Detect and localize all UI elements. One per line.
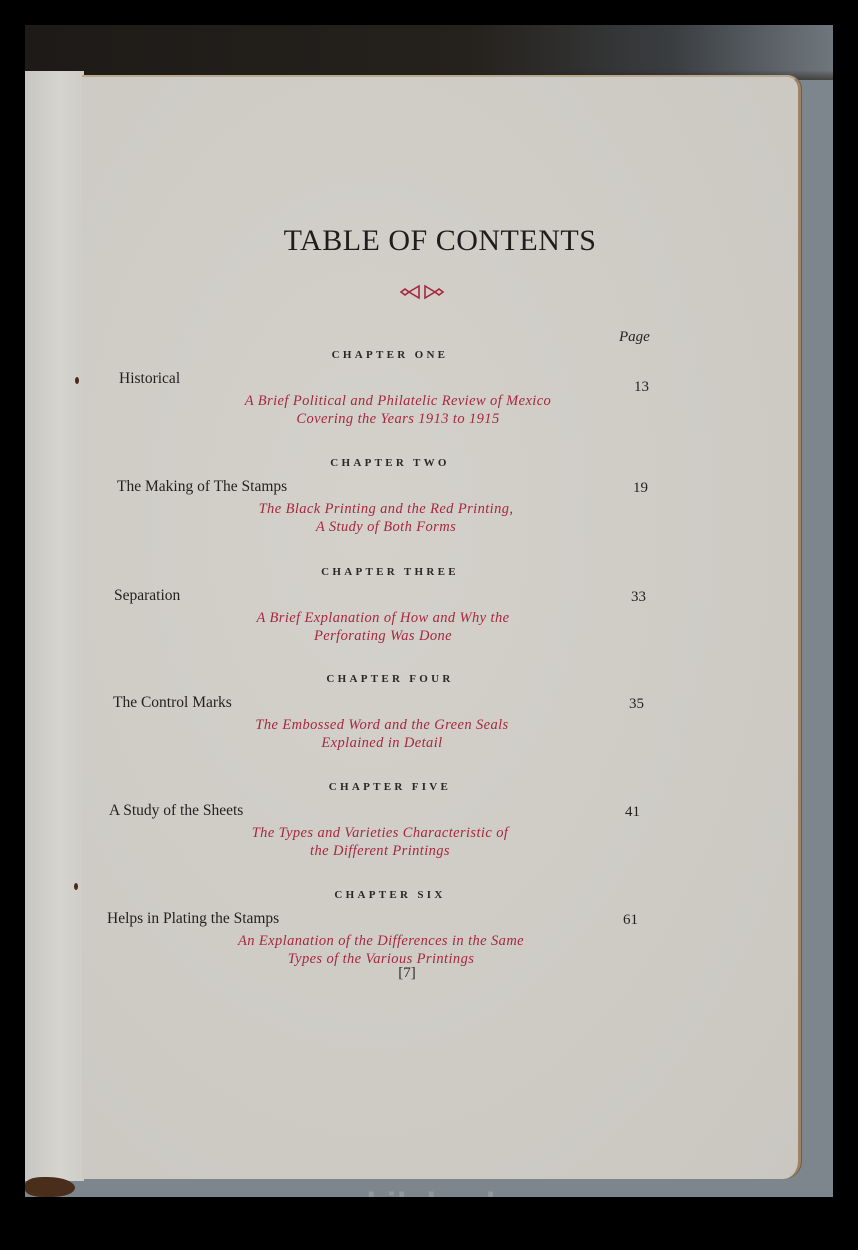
chapter-heading: CHAPTER FOUR [70,673,710,685]
subtitle-line: An Explanation of the Differences in the… [25,932,739,950]
subtitle-line: Perforating Was Done [25,627,741,645]
chapter-page-number: 35 [629,696,644,713]
chapter-title: A Study of the Sheets [109,802,243,820]
chapter-title: Helps in Plating the Stamps [107,910,279,928]
chapter-heading: CHAPTER THREE [70,566,710,578]
chapter-page-number: 33 [631,589,646,606]
page-title: TABLE OF CONTENTS [82,224,798,258]
chapter-heading: CHAPTER FIVE [70,781,710,793]
chapter-title: Separation [114,587,180,605]
chapter-page-number: 61 [623,912,638,929]
chapter-title: The Control Marks [113,694,232,712]
top-shadow [25,25,833,80]
chapter-heading: CHAPTER SIX [70,889,710,901]
subtitle-line: Explained in Detail [25,734,740,752]
paper-speck [75,377,79,384]
chapter-subtitle: A Brief Political and Philatelic Review … [40,392,756,428]
page-folio: [7] [82,965,732,982]
subtitle-line: A Brief Explanation of How and Why the [25,609,741,627]
chapter-heading: CHAPTER ONE [70,349,710,361]
subtitle-line: Covering the Years 1913 to 1915 [40,410,756,428]
watermark: www.philabooks.com [25,1188,833,1197]
subtitle-line: The Black Printing and the Red Printing, [28,500,744,518]
chapter-subtitle: The Black Printing and the Red Printing,… [28,500,744,536]
book-photo: TABLE OF CONTENTS Page CHAPTER ONE Histo… [25,25,833,1197]
chapter-page-number: 19 [633,480,648,497]
chapter-heading: CHAPTER TWO [70,457,710,469]
subtitle-line: A Brief Political and Philatelic Review … [40,392,756,410]
subtitle-line: The Embossed Word and the Green Seals [25,716,740,734]
chapter-title: Historical [119,370,180,388]
chapter-subtitle: The Types and Varieties Characteristic o… [25,824,738,860]
subtitle-line: The Types and Varieties Characteristic o… [25,824,738,842]
chapter-subtitle: An Explanation of the Differences in the… [25,932,739,968]
chapter-subtitle: The Embossed Word and the Green Seals Ex… [25,716,740,752]
page-column-label: Page [619,329,650,346]
subtitle-line: the Different Printings [25,842,738,860]
subtitle-line: A Study of Both Forms [28,518,744,536]
contents-page: TABLE OF CONTENTS Page CHAPTER ONE Histo… [82,75,801,1179]
chapter-page-number: 41 [625,804,640,821]
diamond-triangle-ornament-icon [399,284,445,300]
chapter-subtitle: A Brief Explanation of How and Why the P… [25,609,741,645]
chapter-title: The Making of The Stamps [117,478,287,496]
